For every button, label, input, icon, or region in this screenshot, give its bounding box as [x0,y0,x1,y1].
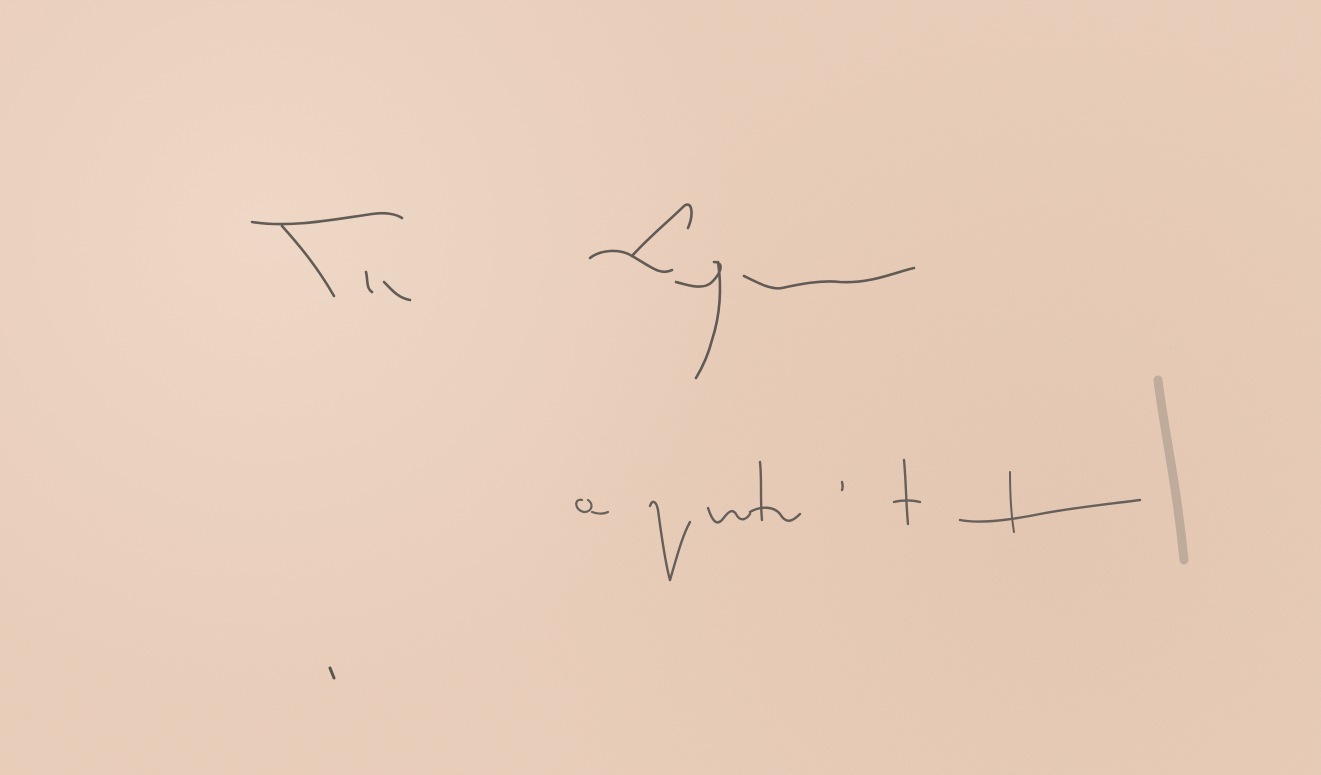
word-ending [894,460,1140,532]
handwritten-inscription [0,0,1321,775]
pencil-speck [330,668,334,678]
word-tu [252,213,410,300]
word-quatre-vingt [650,462,843,580]
paper-background: Tu Ligne a quatre-vingt [0,0,1321,775]
word-a [576,500,608,514]
word-ligne [590,205,914,378]
pencil-smudge [1158,380,1184,560]
